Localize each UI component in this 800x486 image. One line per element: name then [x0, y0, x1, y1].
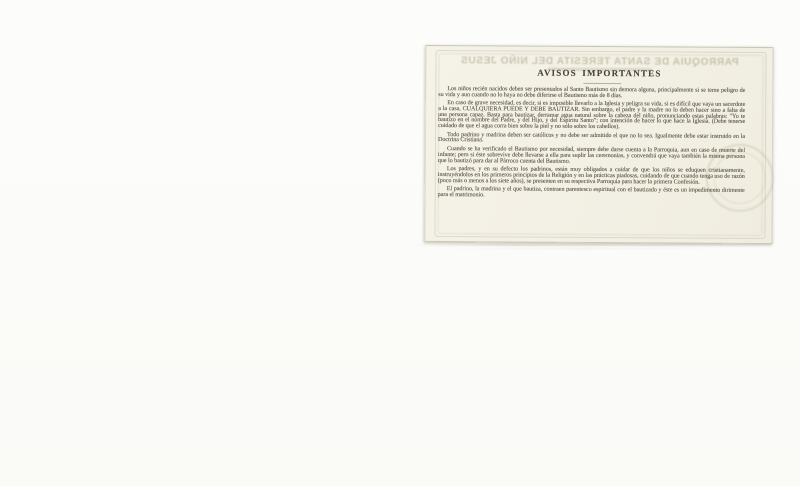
notice-paragraph-2: En caso de grave necesidad, es decir, si…: [438, 101, 745, 131]
notice-paragraphs: Los niños recién nacidos deben ser prese…: [438, 87, 746, 204]
title-underline-rule: [583, 82, 621, 83]
notice-paragraph-1: Los niños recién nacidos deben ser prese…: [438, 87, 745, 100]
notice-paragraph-6: El padrino, la madrina y el que bautiza,…: [438, 187, 745, 200]
notice-paragraph-4: Cuando se ha verificado el Bautismo por …: [438, 147, 745, 166]
baptism-notice-card: PARROQUIA DE SANTA TERESITA DEL NIÑO JES…: [424, 45, 773, 244]
notice-paragraph-3: Todo padrino y madrina deben ser católic…: [438, 133, 745, 146]
notice-paragraph-5: Los padres, y en su defecto los padrinos…: [438, 167, 745, 186]
card-title: AVISOS IMPORTANTES: [426, 67, 772, 79]
scanner-streak: [408, 244, 768, 246]
scanner-streak: [430, 248, 730, 249]
